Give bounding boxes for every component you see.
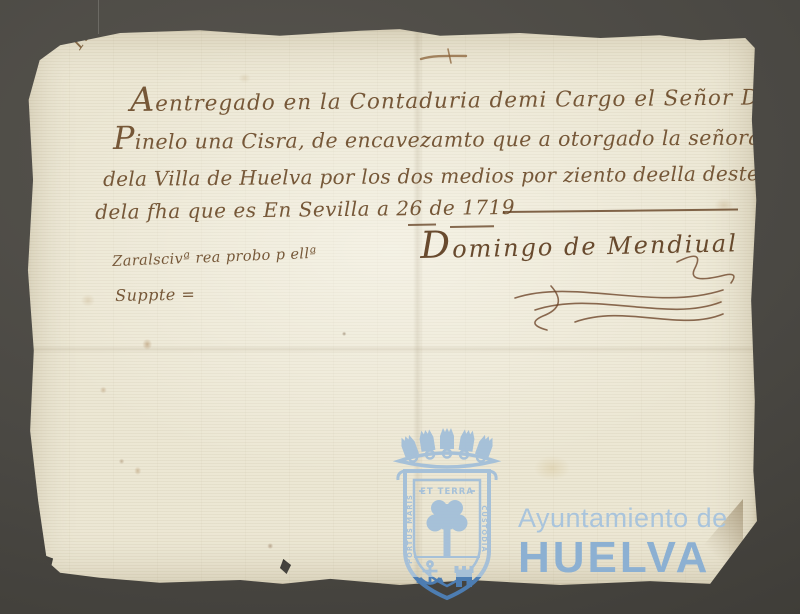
signature-rubric-icon xyxy=(455,240,735,340)
ink-cross-mark-icon xyxy=(418,46,470,66)
manuscript-paper: 193 Aentregado en la Contaduria demi Car… xyxy=(25,28,757,585)
manuscript-line-4: dela fha que es En Sevilla a 26 de 1719 xyxy=(95,195,515,224)
manuscript-line-1: Aentregado en la Contaduria demi Cargo e… xyxy=(130,80,800,117)
manuscript-line-3: dela Villa de Huelva por los dos medios … xyxy=(103,161,800,191)
paper-hole xyxy=(38,554,53,572)
paper-hole xyxy=(280,559,291,574)
ink-flourish-line xyxy=(503,209,738,213)
ink-underline-year xyxy=(450,225,494,228)
clerk-annotation-1: Zaralscivª rea probo p ellª xyxy=(112,246,317,270)
scan-scratch xyxy=(98,0,99,34)
crest-icon xyxy=(392,423,502,603)
archive-scan-page: 193 Aentregado en la Contaduria demi Car… xyxy=(0,0,800,614)
manuscript-line-2: Pinelo una Cisra, de encavezamto que a o… xyxy=(113,123,800,154)
huelva-crest-watermark xyxy=(392,423,502,603)
clerk-annotation-2: Suppte = xyxy=(115,285,195,305)
watermark-town-hall-label: Ayuntamiento de xyxy=(518,503,728,534)
watermark-huelva-label: HUELVA xyxy=(518,533,738,583)
